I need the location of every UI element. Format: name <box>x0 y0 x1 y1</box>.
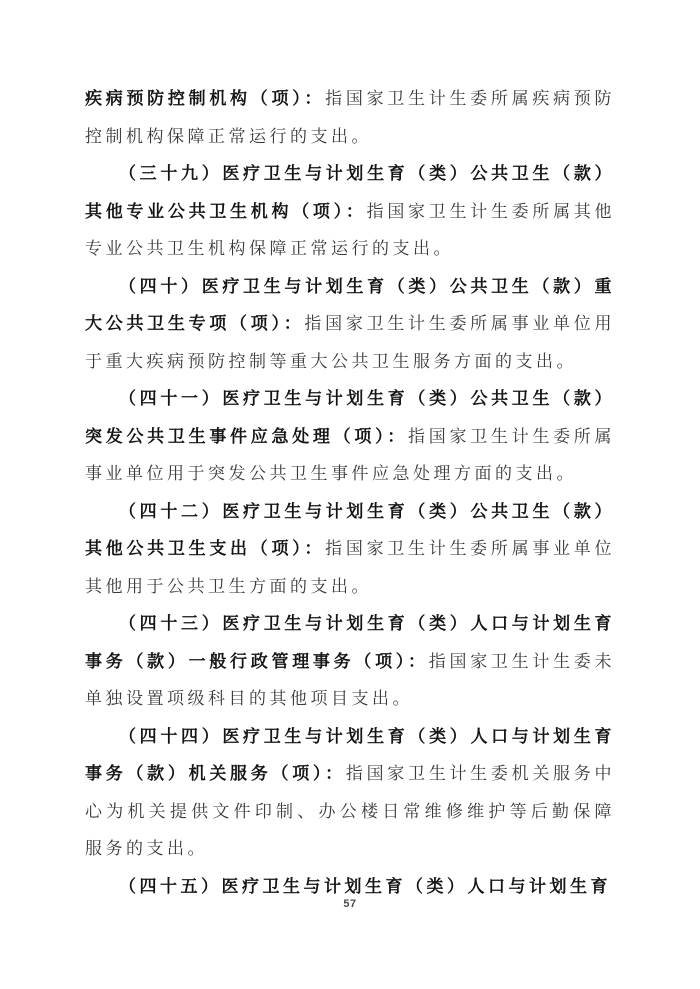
paragraph-clause-44: （四十四）医疗卫生与计划生育（类）人口与计划生育事务（款）机关服务（项）：指国家… <box>85 718 615 868</box>
paragraph-clause-42: （四十二）医疗卫生与计划生育（类）公共卫生（款）其他公共卫生支出（项）：指国家卫… <box>85 493 615 606</box>
paragraph-clause-39: （三十九）医疗卫生与计划生育（类）公共卫生（款）其他专业公共卫生机构（项）：指国… <box>85 155 615 268</box>
paragraph-clause-43: （四十三）医疗卫生与计划生育（类）人口与计划生育事务（款）一般行政管理事务（项）… <box>85 605 615 718</box>
paragraph-clause-40: （四十）医疗卫生与计划生育（类）公共卫生（款）重大公共卫生专项（项）：指国家卫生… <box>85 268 615 381</box>
page-number: 57 <box>0 898 700 910</box>
paragraph-clause-41: （四十一）医疗卫生与计划生育（类）公共卫生（款）突发公共卫生事件应急处理（项）：… <box>85 380 615 493</box>
document-page: 疾病预防控制机构（项）：指国家卫生计生委所属疾病预防控制机构保障正常运行的支出。… <box>0 0 700 989</box>
paragraph-continuation: 疾病预防控制机构（项）：指国家卫生计生委所属疾病预防控制机构保障正常运行的支出。 <box>85 80 615 155</box>
clause-heading: （四十五）医疗卫生与计划生育（类）人口与计划生育 <box>119 877 611 896</box>
clause-heading: 疾病预防控制机构（项）： <box>85 89 325 108</box>
document-body: 疾病预防控制机构（项）：指国家卫生计生委所属疾病预防控制机构保障正常运行的支出。… <box>85 80 615 905</box>
